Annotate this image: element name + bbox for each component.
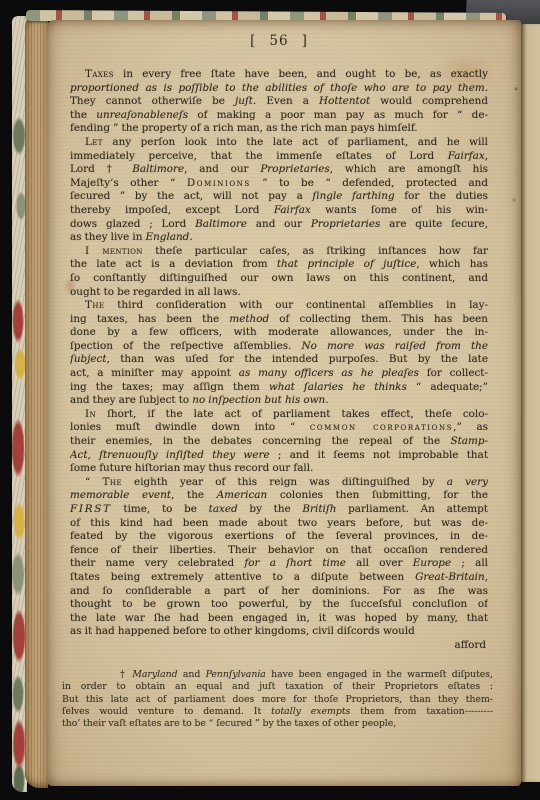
paragraph: Let any perſon look into the late act of… [70,136,488,245]
text-run: The [103,476,122,488]
text-run: Proprietaries [260,163,329,175]
text-line: act, a miniſter may appoint as many offi… [70,367,488,381]
text-run: in every free ſtate have been, and ought… [114,68,488,80]
text-run: ſingle farthing [312,190,394,202]
text-column: Taxes in every free ſtate have been, and… [70,68,488,653]
text-line: ſecured ” by the act, will not pay a ſin… [70,190,488,204]
text-run: proportioned as is poſſible to the abili… [70,82,488,94]
text-run: as it had happened before to other kingd… [70,625,415,637]
text-line: proportioned as is poſſible to the abili… [70,82,488,96]
text-line: lonies muſt dwindle down into “ common c… [70,421,488,435]
text-line: The third conſideration with our contine… [70,299,488,313]
text-run: wants ſome of his win- [311,204,488,216]
text-line: † Maryland and Pennſylvania have been en… [62,669,493,681]
text-run: the [70,109,96,121]
text-line: their name very celebrated for a ſhort t… [70,557,488,571]
text-line: immediately perceive, that the immenſe e… [70,150,488,164]
text-line: ſubject, than was uſed for the intended … [70,353,488,367]
text-line: But this late act of parliament does mor… [62,694,493,706]
text-run: parliament. An attempt [336,503,488,515]
text-run: Lord † [70,163,132,175]
text-line: dows glazed ; Lord Baltimore and our Pro… [70,218,488,232]
text-run: American [217,489,268,501]
text-run: ſubject [70,353,107,365]
text-run: , than was uſed for the intended purpoſe… [107,353,488,365]
text-run: theſe particular caſes, as ſtriking inſt… [143,245,488,257]
catchword: afford [70,639,488,653]
text-run: are quite ſecure, [380,218,488,230]
text-run: † [120,669,132,680]
text-run: “ adequate;” [407,381,488,393]
text-run: colonies then ſubmitting, for the [267,489,488,501]
text-line: and they are ſubject to no inſpection bu… [70,394,488,408]
text-run: as they live in [70,231,146,243]
paragraph: The third conſideration with our contine… [70,299,488,408]
text-run: as many officers as he pleaſes [239,367,419,379]
text-run: fence of their liberties. Their behavior… [70,544,488,556]
text-run: tho’ their vaſt eſtates are to be “ ſecu… [62,718,396,729]
text-line: ſome future hiſtorian may thus record ou… [70,462,488,476]
page-header: [56] [70,33,488,49]
text-line: Lord † Baltimore, and our Proprietaries,… [70,163,488,177]
text-run: Pennſylvania [206,669,266,680]
text-line: their enemies, in the debates concerning… [70,435,488,449]
text-run: . [189,231,192,243]
text-line: fending ” the property of a rich man, as… [70,122,488,136]
text-line: ſelves would venture to demand. It total… [62,706,493,718]
paragraph: In ſhort, if the late act of parliament … [70,408,488,476]
text-run: and our [247,218,311,230]
text-run: any perſon look into the late act of par… [103,136,488,148]
adjacent-page-edge [521,24,540,782]
text-line: ought to be regarded in all laws. [70,286,488,300]
text-line: ing taxes, has been the method of collec… [70,313,488,327]
text-run: feated by the vigorous exertions of the … [70,530,488,542]
bracket-open: [ [250,33,256,49]
text-run: , [485,150,488,162]
text-run: act, a miniſter may appoint [70,367,239,379]
text-run: all over [346,557,413,569]
text-run: The [85,299,104,311]
text-run: lonies muſt dwindle down into “ [70,421,310,433]
paragraph: “ The eighth year of this reign was diſt… [70,476,488,639]
text-run: , [485,571,488,583]
text-line: ſpection of the reſpective aſſemblies. N… [70,340,488,354]
text-run: done by a few officers, with moderate al… [70,326,488,338]
text-run: Maryland [132,669,177,680]
text-run: England [146,231,190,243]
text-line: memorable event, the American colonies t… [70,489,488,503]
text-run: “ [85,476,103,488]
text-run: method [229,313,269,325]
text-run: , which has [416,258,488,270]
bracket-close: ] [302,33,308,49]
text-run: for a ſhort time [244,557,346,569]
text-line: done by a few officers, with moderate al… [70,326,488,340]
text-line: the unreaſonableneſs of making a poor ma… [70,109,488,123]
text-run: . [325,394,328,406]
text-run: No more was raiſed from the [302,340,488,352]
text-run: that principle of juſtice [277,258,417,270]
text-run: ” to be “ defended, protected and [251,177,488,189]
text-line: Majeſty’s other “ Dominions ” to be “ de… [70,177,488,191]
text-run: Stamp- [450,435,488,447]
book-scan: { "document": { "kind": "printed-book-pa… [0,0,540,800]
text-line: Let any perſon look into the late act of… [70,136,488,150]
text-run: They cannot otherwiſe be [70,95,235,107]
text-run: their enemies, in the debates concerning… [70,435,450,447]
text-run: and [178,669,206,680]
text-run: But this late act of parliament does mor… [62,694,493,705]
text-line: feated by the vigorous exertions of the … [70,530,488,544]
text-run: ; all [451,557,488,569]
text-run: thought to be grown too powerful, by the… [70,598,488,610]
text-run: Proprietaries [311,218,380,230]
text-run: Fairfax [448,150,485,162]
text-run: FIRST [70,503,112,515]
text-run: In [85,408,96,420]
text-run: by the [238,503,303,515]
text-run: Great-Britain [415,571,485,583]
text-line: FIRST time, to be taxed by the Britiſh p… [70,503,488,517]
text-run: Britiſh [302,503,336,515]
text-run: , which are amongſt his [330,163,488,175]
text-run: for the duties [395,190,488,202]
text-run: . Even a [253,95,319,107]
text-run: ing taxes, has been the [70,313,229,325]
book-page: [56] Taxes in every free ſtate have been… [46,20,521,786]
text-run: the late war ſhe had been engaged in, it… [70,612,488,624]
text-run: third conſideration with our continental… [104,299,488,311]
text-line: fence of their liberties. Their behavior… [70,544,488,558]
text-run: in order to obtain an equal and juſt tax… [62,681,493,692]
text-run: ſome future hiſtorian may thus record ou… [70,462,313,474]
text-line: ſo conſtantly diſtinguiſhed our own laws… [70,272,488,286]
text-run: their name very celebrated [70,557,244,569]
text-run: thereby impoſed, except Lord [70,204,274,216]
text-line: ing the taxes; may aſſign them what ſala… [70,381,488,395]
text-run: common corporations [310,421,453,433]
text-run: of making a poor man pay as much for “ d… [188,109,488,121]
page-number: 56 [269,33,288,49]
text-run: ſpection of the reſpective aſſemblies. [70,340,302,352]
text-run: Hottentot [319,95,370,107]
text-run: what ſalaries he thinks [269,381,407,393]
text-run: , the [171,489,217,501]
text-run: would comprehend [370,95,488,107]
text-run: ſelves would venture to demand. It [62,706,271,717]
text-run: Act, ſtrenuouſly inſiſted they were [70,449,270,461]
text-line: the late act is a deviation from that pr… [70,258,488,272]
text-run: eighth year of this reign was diſtinguiſ… [122,476,447,488]
text-run: Majeſty’s other “ [70,177,187,189]
text-run: Fairfax [274,204,311,216]
text-run: , and our [184,163,260,175]
text-run: ſo conſtantly diſtinguiſhed our own laws… [70,272,488,284]
text-run: Baltimore [195,218,247,230]
text-run: Europe [413,557,451,569]
text-line: Taxes in every free ſtate have been, and… [70,68,488,82]
text-run: have been engaged in the warmeſt diſpute… [266,669,493,680]
text-run: a very [447,476,488,488]
text-line: as they live in England. [70,231,488,245]
page-edge-stack [25,16,48,788]
text-run: Dominions [187,177,251,189]
text-run: fending ” the property of a rich man, as… [70,122,418,134]
text-run: ing the taxes; may aſſign them [70,381,269,393]
text-run: Baltimore [132,163,184,175]
text-run: Let [85,136,103,148]
paragraph: Taxes in every free ſtate have been, and… [70,68,488,136]
text-line: ſtates being extremely attentive to a di… [70,571,488,585]
scan-background: [56] Taxes in every free ſtate have been… [0,0,540,800]
text-run: ſtates being extremely attentive to a di… [70,571,415,583]
text-run: of collecting them. This has been [269,313,488,325]
text-run: immediately perceive, that the immenſe e… [70,150,448,162]
text-line: thereby impoſed, except Lord Fairfax wan… [70,204,488,218]
text-line: tho’ their vaſt eſtates are to be “ ſecu… [62,718,493,730]
text-run: the late act is a deviation from [70,258,277,270]
text-line: They cannot otherwiſe be juſt. Even a Ho… [70,95,488,109]
text-run: and ſo conſiderable a part of her domini… [70,585,488,597]
text-line: in order to obtain an equal and juſt tax… [62,681,493,693]
text-run: ; and it ſeems not improbable that [270,449,488,461]
text-line: as it had happened before to other kingd… [70,625,488,639]
text-run: I mention [85,245,143,257]
text-run: taxed [209,503,238,515]
paragraph: I mention theſe particular caſes, as ſtr… [70,245,488,299]
text-line: of this kind had been made about two yea… [70,517,488,531]
text-run: Taxes [85,68,114,80]
text-run: for collect- [419,367,488,379]
text-run: juſt [235,95,253,107]
text-run: and they are ſubject to [70,394,192,406]
text-run: dows glazed ; Lord [70,218,195,230]
text-run: unreaſonableneſs [96,109,188,121]
text-run: ought to be regarded in all laws. [70,286,241,298]
text-run: of this kind had been made about two yea… [70,517,488,529]
text-run: memorable event [70,489,171,501]
text-run: them from taxation--------- [350,706,493,717]
text-line: “ The eighth year of this reign was diſt… [70,476,488,490]
text-line: Act, ſtrenuouſly inſiſted they were ; an… [70,449,488,463]
text-line: In ſhort, if the late act of parliament … [70,408,488,422]
text-run: totally exempts [271,706,350,717]
body-text: Taxes in every free ſtate have been, and… [70,68,488,639]
text-run: ſhort, if the late act of parliament tak… [96,408,488,420]
text-line: thought to be grown too powerful, by the… [70,598,488,612]
text-line: the late war ſhe had been engaged in, it… [70,612,488,626]
text-run: ,” as [453,421,488,433]
text-run: time, to be [112,503,209,515]
text-run: ſecured ” by the act, will not pay a [70,190,312,202]
text-run: no inſpection but his own [192,394,325,406]
text-line: I mention theſe particular caſes, as ſtr… [70,245,488,259]
footnote: † Maryland and Pennſylvania have been en… [62,669,493,730]
text-line: and ſo conſiderable a part of her domini… [70,585,488,599]
